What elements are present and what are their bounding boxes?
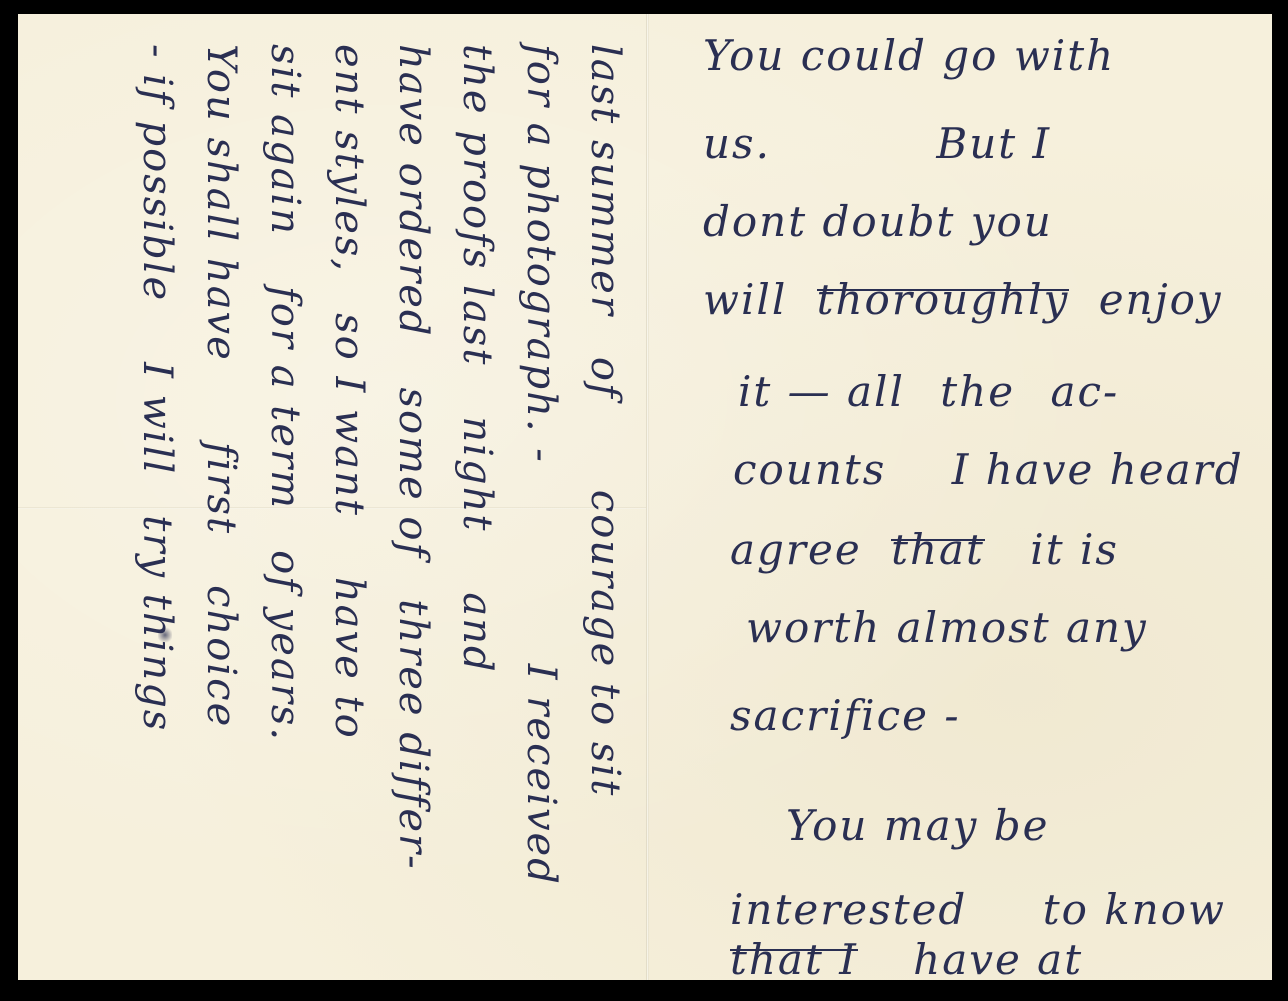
right-page-line-6: counts I have heard <box>733 444 1244 496</box>
left-page-line-8: - if possible I will try things <box>132 44 182 732</box>
line-text: try things <box>132 515 182 732</box>
left-page-line-1: last summer of courage to sit <box>580 44 630 797</box>
right-page-line-3: dont doubt you <box>703 196 1053 248</box>
line-text: three differ- <box>388 599 438 870</box>
line-text: I have heard <box>952 445 1244 494</box>
line-text: But I <box>936 119 1051 168</box>
line-text: I will <box>132 362 182 475</box>
line-text: of <box>580 357 630 400</box>
left-page-line-4: have ordered some of three differ- <box>388 44 438 871</box>
line-text: of years. <box>260 550 310 742</box>
left-page-line-3: the proofs last night and <box>452 44 502 674</box>
line-text: agree <box>730 525 862 574</box>
line-text: You could go with <box>703 31 1115 80</box>
line-text: - if possible <box>132 44 182 302</box>
left-page-line-2: for a photograph. - I received <box>516 44 566 886</box>
line-text: the proofs last <box>452 44 502 366</box>
line-text: sit again <box>260 44 310 236</box>
right-page-line-2: us. But I <box>703 118 1051 170</box>
line-text: dont doubt you <box>703 197 1053 246</box>
line-text: counts <box>733 445 886 494</box>
line-text: You shall have <box>196 44 246 362</box>
line-text: for a photograph. - <box>516 44 566 464</box>
right-page-line-5: it — all the ac- <box>738 366 1119 418</box>
letter-sheet: last summer of courage to sit for a phot… <box>18 14 1272 980</box>
line-text: and <box>452 592 502 673</box>
line-text: have to <box>324 577 374 740</box>
left-page-line-7: You shall have first choice <box>196 44 246 728</box>
line-text: have at <box>913 935 1083 984</box>
line-text: that I <box>730 935 858 984</box>
left-page-line-6: sit again for a term of years. <box>260 44 310 742</box>
line-text: the <box>940 367 1015 416</box>
line-text: to know <box>1043 885 1226 934</box>
right-page-line-9: sacrifice - <box>730 690 961 742</box>
line-text: thoroughly <box>817 275 1070 324</box>
line-text: courage to sit <box>580 490 630 797</box>
line-text: us. <box>703 119 771 168</box>
line-text: sacrifice - <box>730 691 961 740</box>
line-text: night <box>452 416 502 532</box>
line-text: first <box>196 442 246 535</box>
center-fold-line <box>646 14 649 980</box>
line-text: some of <box>388 387 438 559</box>
line-text: last summer <box>580 44 630 317</box>
right-page-line-4: will thoroughly enjoy <box>703 274 1223 326</box>
right-page-line-7: agree that it is <box>730 524 1119 576</box>
line-text: enjoy <box>1099 275 1223 324</box>
line-text: choice <box>196 585 246 728</box>
left-page-line-5: ent styles, so I want have to <box>324 44 374 740</box>
line-text: so I want <box>324 313 374 517</box>
line-text: for a term <box>260 286 310 510</box>
line-text: will <box>703 275 787 324</box>
line-text: it — all <box>738 367 905 416</box>
line-text: worth almost any <box>746 603 1148 652</box>
line-text: that <box>891 525 985 574</box>
line-text: You may be <box>786 801 1049 850</box>
ink-blot <box>158 626 172 644</box>
right-page-line-11: interested to know <box>730 884 1226 936</box>
line-text: it is <box>1030 525 1119 574</box>
right-page-line-12: that I have at <box>730 934 1083 986</box>
line-text: I received <box>516 664 566 886</box>
right-page-line-10: You may be <box>786 800 1049 852</box>
line-text: interested <box>730 885 967 934</box>
right-page-line-1: You could go with <box>703 30 1115 82</box>
right-page-line-8: worth almost any <box>746 602 1148 654</box>
line-text: ac- <box>1050 367 1119 416</box>
line-text: have ordered <box>388 44 438 337</box>
line-text: ent styles, <box>324 44 374 273</box>
